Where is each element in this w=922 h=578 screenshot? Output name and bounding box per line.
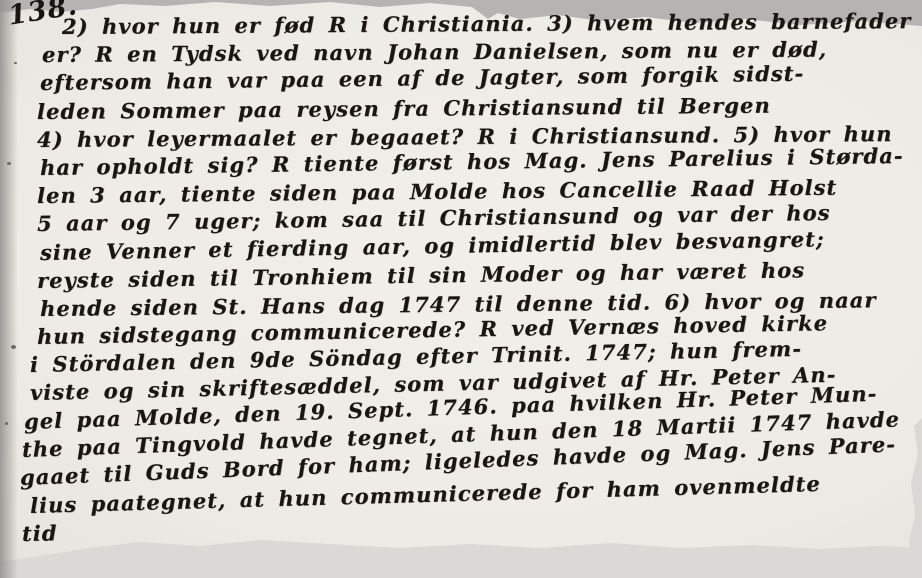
scanned-manuscript-page: 138. 2) hvor hun er fød R i Christiania.… [0,0,922,578]
scan-speckle [11,345,16,349]
manuscript-text: 2) hvor hun er fød R i Christiania. 3) h… [40,13,922,549]
scan-edge-left [0,0,18,578]
scan-speckle [14,62,17,64]
scan-speckle [5,422,8,425]
scan-speckle [7,162,11,165]
